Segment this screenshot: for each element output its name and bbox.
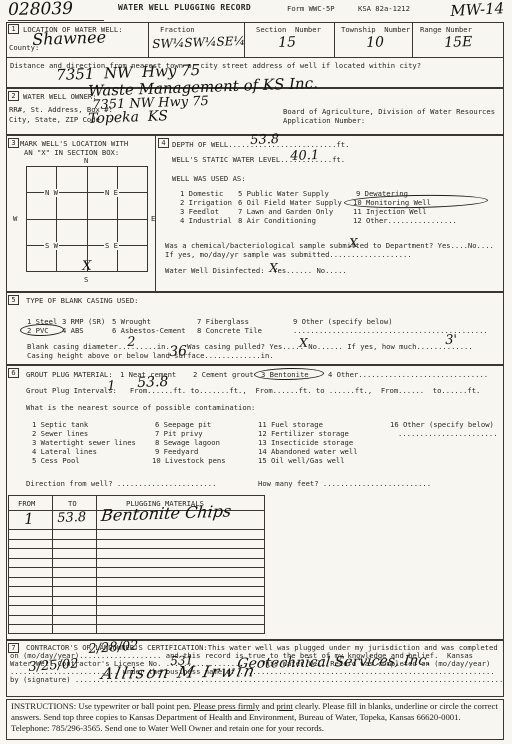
contamination-option: 13 Insecticide storage — [258, 439, 353, 447]
section-number-value-handwritten: 15 — [278, 35, 296, 50]
quadrant-nw-label: N W — [44, 189, 59, 197]
table-row-line — [8, 577, 265, 578]
section5-title: TYPE OF BLANK CASING USED: — [26, 297, 139, 305]
use-option: 2 Irrigation — [180, 199, 232, 207]
owner-label: WATER WELL OWNER: — [23, 93, 97, 101]
divider — [412, 22, 413, 57]
well-used-as-label: WELL WAS USED AS: — [172, 175, 246, 183]
table-row-line — [8, 624, 265, 625]
sample-no-x-mark-handwritten: X — [349, 237, 358, 249]
table-row-line — [8, 596, 265, 597]
instructions-print-underlined: print — [276, 701, 292, 711]
table-row-line — [8, 539, 265, 540]
table-column-line — [52, 495, 53, 634]
contamination-option: 4 Lateral lines — [32, 448, 97, 456]
casing-pulled-yes-mark-handwritten: X — [299, 337, 308, 349]
serial-number-handwritten: 028039 — [8, 1, 73, 19]
section5-number: 5 — [8, 295, 19, 305]
static-level-value-handwritten: 40.1 — [290, 149, 319, 163]
table-to-value-handwritten: 53.8 — [57, 511, 86, 525]
county-value-handwritten: Shawnee — [32, 29, 106, 48]
grid-line — [26, 219, 148, 220]
table-row-line — [8, 615, 265, 616]
fraction-value-handwritten: SW¼SW¼SE¼ — [152, 35, 245, 50]
sample-date-label: If yes, mo/day/yr sample was submitted..… — [165, 251, 412, 259]
contamination-option: 12 Fertilizer storage — [258, 430, 349, 438]
section1-number: 1 — [8, 24, 19, 34]
business-name-handwritten: Geotechnical Services, Inc. — [237, 654, 431, 671]
table-column-line — [96, 495, 97, 634]
table-row-line — [8, 558, 265, 559]
application-number-label: Application Number: — [283, 117, 365, 125]
contamination-option: 3 Watertight sewer lines — [32, 439, 136, 447]
grout-option: 2 Cement grout — [193, 371, 254, 379]
casing-option: 4 ABS — [62, 327, 84, 335]
diameter-value-handwritten: 2 — [127, 336, 136, 349]
contamination-option: 9 Feedyard — [155, 448, 198, 456]
form-number: Form WWC-5P — [287, 5, 335, 13]
instructions-seg1: INSTRUCTIONS: Use typewriter or ball poi… — [11, 701, 193, 711]
contamination-option: 14 Abandoned water well — [258, 448, 358, 456]
statute-reference: KSA 82a-1212 — [358, 5, 410, 13]
casing-option: 9 Other (specify below) — [293, 318, 393, 326]
table-header-to: TO — [68, 500, 77, 508]
divider — [6, 57, 504, 58]
casing-other-dotted-line: ........................................… — [293, 327, 488, 335]
section6-title: GROUT PLUG MATERIAL: — [26, 371, 113, 379]
section3-title-line1: MARK WELL'S LOCATION WITH — [20, 140, 128, 148]
quadrant-sw-label: S W — [44, 242, 59, 250]
casing-height-line: Casing height above or below land surfac… — [27, 352, 274, 360]
use-option: 7 Lawn and Garden Only — [238, 208, 333, 216]
signature-handwritten: Allison M Irwin — [100, 663, 258, 682]
township-number-label: Township Number — [341, 26, 410, 34]
instructions-press-firmly-underlined: Please press firmly — [193, 701, 259, 711]
contamination-option: 8 Sewage lagoon — [155, 439, 220, 447]
use-option: 11 Injection Well — [353, 208, 427, 216]
section-number-label: Section Number — [256, 26, 321, 34]
contamination-option: 2 Sewer lines — [32, 430, 88, 438]
casing-height-value-handwritten: 36 — [169, 344, 187, 359]
range-number-value-handwritten: 15E — [444, 35, 473, 50]
use-option: 12 Other................ — [353, 217, 457, 225]
contamination-option: 10 Livestock pens — [152, 457, 226, 465]
contamination-option: 11 Fuel storage — [258, 421, 323, 429]
use-option: 8 Air Conditioning — [238, 217, 316, 225]
grout-option: 4 Other.............................. — [328, 371, 488, 379]
compass-north-label: N — [84, 157, 88, 165]
completed-date-handwritten: 2/28/02 — [88, 640, 139, 656]
water-well-plugging-record-form: 028039 WATER WELL PLUGGING RECORD Form W… — [0, 0, 512, 744]
record-date-handwritten: 3/25/02 — [28, 658, 79, 674]
use-option: 3 Feedlot — [180, 208, 219, 216]
use-option: 5 Public Water Supply — [238, 190, 329, 198]
certification-line5: by (signature) .........................… — [10, 676, 503, 684]
compass-west-label: W — [13, 215, 17, 223]
use-option: 1 Domestic — [180, 190, 223, 198]
table-row-line — [8, 529, 265, 530]
how-many-feet-label: How many feet? ......................... — [258, 480, 431, 488]
contamination-option: 15 Oil well/Gas well — [258, 457, 345, 465]
sample-submitted-question: Was a chemical/bacteriological sample su… — [165, 242, 494, 250]
quadrant-ne-label: N E — [104, 189, 119, 197]
contamination-other-dotted-line: ....................... — [398, 430, 498, 438]
range-number-label: Range Number — [420, 26, 472, 34]
instructions-seg3: and — [260, 701, 277, 711]
contamination-question: What is the nearest source of possible c… — [26, 404, 255, 412]
contamination-option-other: 16 Other (specify below) — [390, 421, 494, 429]
quadrant-se-label: S E — [104, 242, 119, 250]
casing-option: 5 Wrought — [112, 318, 151, 326]
use-option: 4 Industrial — [180, 217, 232, 225]
section3-title-line2: AN "X" IN SECTION BOX: — [24, 149, 119, 157]
serial-underline — [8, 20, 104, 21]
contamination-option: 7 Pit privy — [155, 430, 203, 438]
table-row-line — [8, 605, 265, 606]
disinfected-no-x-mark-handwritten: X — [269, 262, 278, 274]
form-title: WATER WELL PLUGGING RECORD — [118, 4, 251, 12]
casing-option: 3 RMP (SR) — [62, 318, 105, 326]
casing-option: 6 Asbestos-Cement — [112, 327, 186, 335]
section3-number: 3 — [8, 138, 19, 148]
city-state-zip-value-handwritten: Topeka KS — [88, 109, 168, 126]
disinfected-question: Water Well Disinfected: Yes...... No....… — [165, 267, 347, 275]
table-row-line — [8, 586, 265, 587]
divider — [334, 22, 335, 57]
contamination-option: 5 Cess Pool — [32, 457, 80, 465]
table-header-from: FROM — [18, 500, 35, 508]
depth-value-handwritten: 53.8 — [250, 133, 279, 147]
grout-intervals-line: Grout Plug Intervals: From......ft. to..… — [26, 387, 480, 395]
use-option: 6 Oil Field Water Supply — [238, 199, 342, 207]
casing-option: 7 Fiberglass — [197, 318, 249, 326]
well-location-x-mark-handwritten: X — [82, 260, 92, 273]
board-of-agriculture-label: Board of Agriculture, Division of Water … — [283, 108, 495, 116]
pulled-amount-value-handwritten: 3' — [445, 334, 457, 347]
contamination-option: 6 Seepage pit — [155, 421, 211, 429]
contamination-option: 1 Septic tank — [32, 421, 88, 429]
direction-from-well-label: Direction from well? ...................… — [26, 480, 216, 488]
casing-option: 8 Concrete Tile — [197, 327, 262, 335]
interval-to-value-handwritten: 53.8 — [137, 375, 169, 390]
fraction-label: Fraction — [160, 26, 195, 34]
table-row-line — [8, 567, 265, 568]
well-id-handwritten: MW-14 — [450, 1, 505, 19]
table-row-line — [8, 548, 265, 549]
township-number-value-handwritten: 10 — [366, 35, 384, 50]
section2-number: 2 — [8, 91, 19, 101]
table-materials-value-handwritten: Bentonite Chips — [100, 503, 232, 524]
section6-number: 6 — [8, 368, 19, 378]
interval-from-value-handwritten: 1 — [107, 380, 116, 393]
table-from-value-handwritten: 1 — [24, 512, 34, 527]
compass-south-label: S — [84, 276, 88, 284]
section4-number: 4 — [158, 138, 169, 148]
casing-diameter-line: Blank casing diameter.........in. Was ca… — [27, 343, 473, 351]
instructions-text: INSTRUCTIONS: Use typewriter or ball poi… — [11, 701, 500, 734]
divider — [148, 22, 149, 57]
